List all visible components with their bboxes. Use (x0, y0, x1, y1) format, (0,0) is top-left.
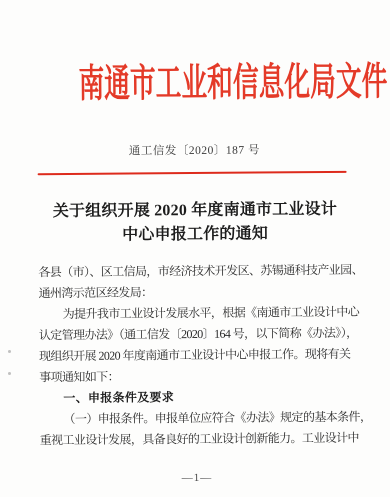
agency-title-text: 南通市工业和信息化局文件 (78, 58, 387, 107)
body-line: 现组织开展 2020 年度南通市工业设计中心申报工作。现将有关 (39, 344, 355, 367)
salutation-line: 各县（市）、区工信局，市经济技术开发区、苏锡通科技产业园、 (38, 260, 354, 283)
document-body: 各县（市）、区工信局，市经济技术开发区、苏锡通科技产业园、 通州湾示范区经发局：… (38, 260, 355, 451)
body-line: 事项通知如下： (39, 365, 355, 388)
body-line: 重视工业设计发展，具备良好的工业设计创新能力。工业设计中 (40, 428, 356, 451)
document-page: 南通市工业和信息化局文件 通工信发〔2020〕187 号 关于组织开展 2020… (0, 0, 390, 497)
scanned-sheet: 南通市工业和信息化局文件 通工信发〔2020〕187 号 关于组织开展 2020… (0, 0, 390, 497)
page-number: —1— (2, 470, 390, 485)
body-line: （一）申报条件。申报单位应符合《办法》规定的基本条件， (39, 407, 355, 430)
document-title: 关于组织开展 2020 年度南通市工业设计 中心申报工作的通知 (0, 197, 390, 248)
scan-artifact-dot (8, 372, 11, 375)
document-title-line-2: 中心申报工作的通知 (0, 221, 390, 248)
salutation-line: 通州湾示范区经发局： (38, 281, 354, 304)
agency-title: 南通市工业和信息化局文件 (0, 58, 389, 108)
scan-artifact-dot (8, 350, 11, 353)
document-title-line-1: 关于组织开展 2020 年度南通市工业设计 (0, 197, 390, 224)
section-heading: 一、申报条件及要求 (39, 386, 355, 409)
doc-number: 通工信发〔2020〕187 号 (0, 140, 389, 159)
body-line: 认定管理办法》（通工信发〔2020〕164 号，以下简称《办法》）， (39, 323, 355, 346)
body-line: 为提升我市工业设计发展水平，根据《南通市工业设计中心 (39, 302, 355, 325)
red-divider (38, 171, 347, 175)
